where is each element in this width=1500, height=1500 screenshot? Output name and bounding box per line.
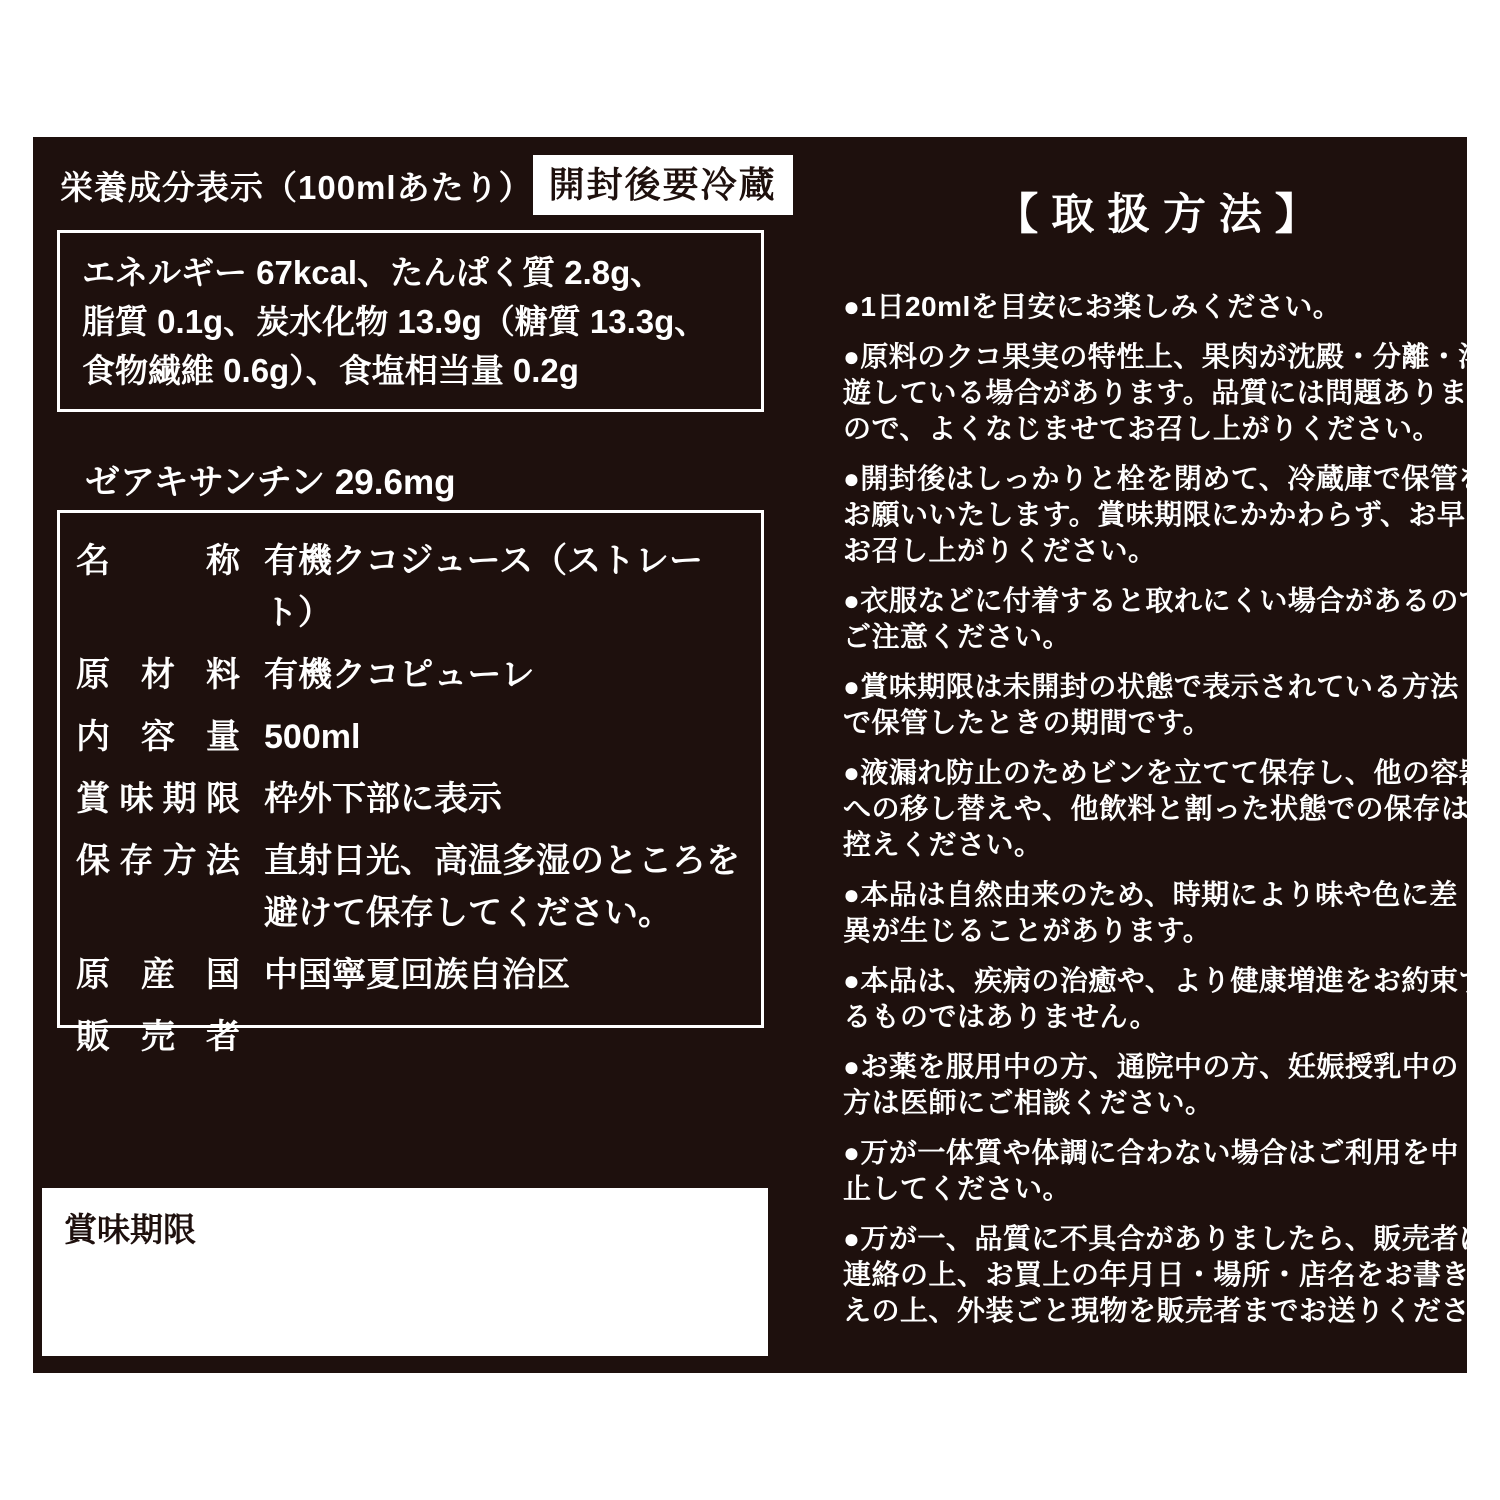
product-details-box: 名称 有機クコジュース（ストレート） 原材料 有機クコピューレ 内容量 500m… (57, 510, 764, 1028)
detail-label: 内容量 (76, 711, 240, 763)
handling-line: 遊している場合があります。品質には問題ありません (843, 375, 1467, 411)
handling-line: 異が生じることがあります。 (843, 913, 1467, 949)
detail-label: 賞味期限 (76, 773, 240, 825)
handling-line: で保管したときの期間です。 (843, 705, 1467, 741)
handling-line: ●万が一体質や体調に合わない場合はご利用を中 (843, 1135, 1467, 1171)
handling-item: ●衣服などに付着すると取れにくい場合があるので ご注意ください。 (843, 583, 1467, 655)
handling-line: ●本品は自然由来のため、時期により味や色に差 (843, 877, 1467, 913)
zeaxanthin-note: ゼアキサンチン 29.6mg (85, 455, 455, 505)
detail-label: 販売者 (76, 1011, 240, 1063)
handling-line: ●衣服などに付着すると取れにくい場合があるので (843, 583, 1467, 619)
handling-line: 止してください。 (843, 1171, 1467, 1207)
detail-value: 有機クコピューレ (264, 649, 747, 701)
handling-line: 方は医師にご相談ください。 (843, 1085, 1467, 1121)
refrigerate-after-opening-badge: 開封後要冷蔵 (533, 155, 793, 215)
detail-row-origin: 原産国 中国寧夏回族自治区 (76, 949, 747, 1001)
expiry-label: 賞味期限 (64, 1204, 746, 1251)
detail-value: 有機クコジュース（ストレート） (264, 535, 747, 639)
detail-value (264, 1011, 747, 1063)
detail-value: 500ml (264, 711, 747, 763)
handling-item: ●お薬を服用中の方、通院中の方、妊娠授乳中の 方は医師にご相談ください。 (843, 1049, 1467, 1121)
handling-item: ●1日20mlを目安にお楽しみください。 (843, 289, 1467, 325)
detail-label: 原材料 (76, 649, 240, 701)
handling-item: ●賞味期限は未開封の状態で表示されている方法 で保管したときの期間です。 (843, 669, 1467, 741)
handling-item: ●本品は、疾病の治癒や、より健康増進をお約束す るものではありません。 (843, 963, 1467, 1035)
nutrition-facts-line: 脂質 0.1g、炭水化物 13.9g（糖質 13.3g、 (82, 297, 739, 346)
handling-line: ので、よくなじませてお召し上がりください。 (843, 411, 1467, 447)
handling-line: への移し替えや、他飲料と割った状態での保存はお (843, 791, 1467, 827)
detail-row-seller: 販売者 (76, 1011, 747, 1063)
handling-line: 控えください。 (843, 827, 1467, 863)
detail-label: 保存方法 (76, 835, 240, 939)
handling-line: ●開封後はしっかりと栓を閉めて、冷蔵庫で保管を (843, 461, 1467, 497)
handling-line: ●1日20mlを目安にお楽しみください。 (843, 289, 1467, 325)
handling-item: ●万が一、品質に不具合がありましたら、販売者にご 連絡の上、お買上の年月日・場所… (843, 1221, 1467, 1329)
handling-item: ●万が一体質や体調に合わない場合はご利用を中 止してください。 (843, 1135, 1467, 1207)
detail-row-best-before: 賞味期限 枠外下部に表示 (76, 773, 747, 825)
nutrition-facts-line: 食物繊維 0.6g）、食塩相当量 0.2g (82, 346, 739, 395)
handling-line: ●本品は、疾病の治癒や、より健康増進をお約束す (843, 963, 1467, 999)
handling-line: ●原料のクコ果実の特性上、果肉が沈殿・分離・浮 (843, 339, 1467, 375)
detail-row-storage: 保存方法 直射日光、高温多湿のところを避けて保存してください。 (76, 835, 747, 939)
handling-item: ●開封後はしっかりと栓を閉めて、冷蔵庫で保管を お願いいたします。賞味期限にかか… (843, 461, 1467, 569)
handling-item: ●本品は自然由来のため、時期により味や色に差 異が生じることがあります。 (843, 877, 1467, 949)
handling-line: るものではありません。 (843, 999, 1467, 1035)
handling-line: えの上、外装ごと現物を販売者までお送りください。 (843, 1293, 1467, 1329)
handling-item: ●原料のクコ果実の特性上、果肉が沈殿・分離・浮 遊している場合があります。品質に… (843, 339, 1467, 447)
handling-line: ご注意ください。 (843, 619, 1467, 655)
handling-list: ●1日20mlを目安にお楽しみください。 ●原料のクコ果実の特性上、果肉が沈殿・… (843, 289, 1467, 1343)
expiry-date-box: 賞味期限 (42, 1188, 768, 1356)
handling-line: お願いいたします。賞味期限にかかわらず、お早めに (843, 497, 1467, 533)
nutrition-facts-box: エネルギー 67kcal、たんぱく質 2.8g、 脂質 0.1g、炭水化物 13… (57, 230, 764, 412)
detail-value: 枠外下部に表示 (264, 773, 747, 825)
detail-row-name: 名称 有機クコジュース（ストレート） (76, 535, 747, 639)
nutrition-title: 栄養成分表示（100mlあたり） (60, 162, 533, 209)
label-panel: 栄養成分表示（100mlあたり） 開封後要冷蔵 エネルギー 67kcal、たんぱ… (33, 137, 1467, 1373)
handling-line: ●液漏れ防止のためビンを立てて保存し、他の容器 (843, 755, 1467, 791)
handling-line: ●賞味期限は未開封の状態で表示されている方法 (843, 669, 1467, 705)
nutrition-facts-line: エネルギー 67kcal、たんぱく質 2.8g、 (82, 248, 739, 297)
detail-row-ingredients: 原材料 有機クコピューレ (76, 649, 747, 701)
handling-line: 連絡の上、お買上の年月日・場所・店名をお書き添 (843, 1257, 1467, 1293)
handling-line: ●お薬を服用中の方、通院中の方、妊娠授乳中の (843, 1049, 1467, 1085)
nutrition-header-row: 栄養成分表示（100mlあたり） 開封後要冷蔵 (60, 153, 742, 217)
detail-label: 名称 (76, 535, 240, 639)
detail-value: 中国寧夏回族自治区 (264, 949, 747, 1001)
handling-line: お召し上がりください。 (843, 533, 1467, 569)
detail-row-volume: 内容量 500ml (76, 711, 747, 763)
handling-item: ●液漏れ防止のためビンを立てて保存し、他の容器 への移し替えや、他飲料と割った状… (843, 755, 1467, 863)
handling-title: 【取扱方法】 (843, 181, 1467, 242)
detail-value: 直射日光、高温多湿のところを避けて保存してください。 (264, 835, 747, 939)
handling-line: ●万が一、品質に不具合がありましたら、販売者にご (843, 1221, 1467, 1257)
detail-label: 原産国 (76, 949, 240, 1001)
